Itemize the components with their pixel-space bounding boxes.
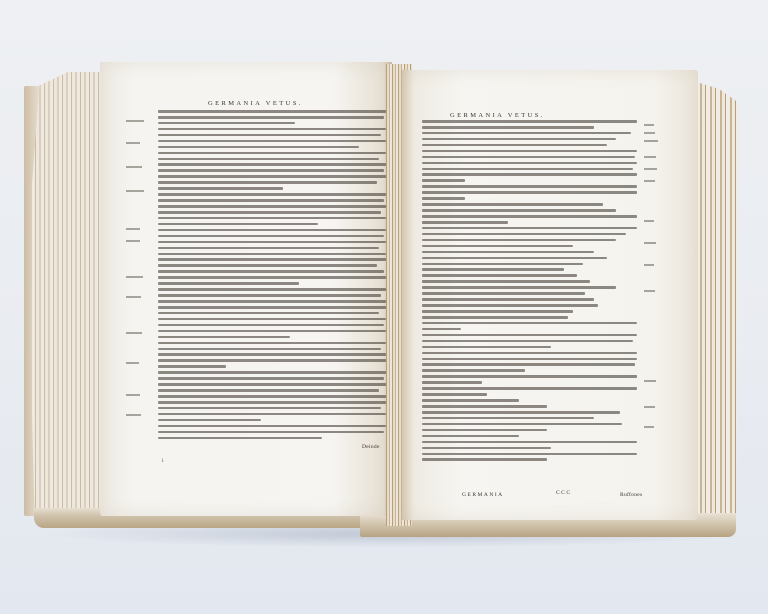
- margin-note: [644, 380, 656, 382]
- margin-note: [644, 180, 655, 182]
- margin-note: [126, 190, 144, 192]
- margin-note: [644, 290, 655, 292]
- margin-note: [126, 276, 143, 278]
- margin-note: [126, 414, 141, 416]
- margin-note: [126, 228, 140, 230]
- left-page-text-block: [158, 110, 386, 443]
- right-page-text-block: [422, 120, 637, 464]
- margin-note: [644, 132, 655, 134]
- open-book: GERMANIA VETUS.: [0, 0, 768, 614]
- margin-note: [126, 166, 142, 168]
- margin-note: [644, 124, 654, 126]
- margin-note: [644, 242, 656, 244]
- margin-note: [644, 140, 658, 142]
- right-signature-mark: GERMANIA: [462, 492, 504, 498]
- margin-note: [126, 120, 144, 122]
- right-folio-number: CCC: [556, 490, 572, 496]
- right-catchword: Ruffones: [620, 492, 642, 498]
- margin-note: [644, 264, 654, 266]
- margin-note: [126, 142, 140, 144]
- left-running-head: GERMANIA VETUS.: [208, 100, 303, 107]
- margin-note: [126, 240, 140, 242]
- left-catchword: Deinde: [362, 444, 380, 450]
- margin-note: [644, 156, 656, 158]
- margin-note: [644, 168, 657, 170]
- margin-note: [644, 220, 654, 222]
- right-running-head: GERMANIA VETUS.: [450, 112, 545, 119]
- margin-note: [644, 406, 655, 408]
- margin-note: [126, 394, 140, 396]
- margin-note: [126, 296, 141, 298]
- margin-note: [126, 362, 139, 364]
- margin-note: [126, 332, 142, 334]
- left-signature: i: [162, 458, 165, 464]
- right-page: GERMANIA VETUS.: [402, 70, 698, 520]
- margin-note: [644, 426, 654, 428]
- left-page: GERMANIA VETUS.: [100, 62, 392, 516]
